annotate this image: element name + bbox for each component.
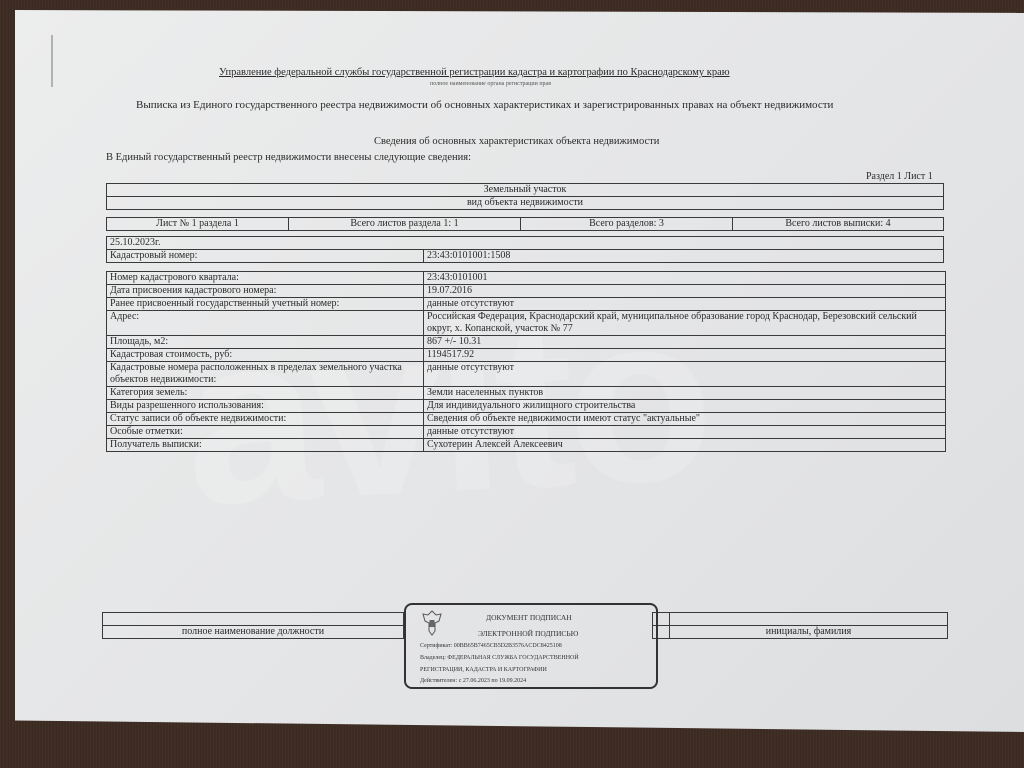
properties-table: Номер кадастрового квартала:23:43:010100… [106, 271, 946, 452]
cadastral-table: 25.10.2023г. Кадастровый номер: 23:43:01… [106, 236, 944, 263]
property-row: Ранее присвоенный государственный учетны… [107, 298, 946, 311]
object-type-caption: вид объекта недвижимости [107, 197, 944, 210]
property-label: Кадастровые номера расположенных в преде… [107, 362, 424, 387]
property-label: Площадь, м2: [107, 336, 424, 349]
property-row: Виды разрешенного использования:Для инди… [107, 400, 946, 413]
property-value: данные отсутствуют [424, 298, 946, 311]
property-value: 867 +/- 10.31 [424, 336, 946, 349]
property-row: Получатель выписки:Сухотерин Алексей Але… [107, 439, 946, 452]
certificate-owner-1: Владелец: ФЕДЕРАЛЬНАЯ СЛУЖБА ГОСУДАРСТВЕ… [420, 655, 579, 661]
property-label: Особые отметки: [107, 426, 424, 439]
property-value: 1194517.92 [424, 349, 946, 362]
property-value: Сведения об объекте недвижимости имеют с… [424, 413, 946, 426]
property-value: данные отсутствуют [424, 362, 946, 387]
property-value: 23:43:0101001 [424, 272, 946, 285]
paper-clip-mark [51, 35, 69, 87]
electronic-signature-stamp: ДОКУМЕНТ ПОДПИСАН ЭЛЕКТРОННОЙ ПОДПИСЬЮ С… [404, 603, 658, 689]
property-row: Статус записи об объекте недвижимости:Св… [107, 413, 946, 426]
property-row: Номер кадастрового квартала:23:43:010100… [107, 272, 946, 285]
property-value: Российская Федерация, Краснодарский край… [424, 311, 946, 336]
position-field: полное наименование должности [102, 612, 404, 639]
property-value: Земли населенных пунктов [424, 387, 946, 400]
sheet-number: Лист № 1 раздела 1 [107, 218, 289, 231]
property-label: Ранее присвоенный государственный учетны… [107, 298, 424, 311]
section-intro: В Единый государственный реестр недвижим… [106, 152, 471, 163]
property-label: Статус записи об объекте недвижимости: [107, 413, 424, 426]
organization-title: Управление федеральной службы государств… [219, 67, 730, 78]
property-label: Кадастровая стоимость, руб: [107, 349, 424, 362]
organization-caption: полное наименование органа регистрации п… [430, 81, 551, 87]
property-label: Категория земель: [107, 387, 424, 400]
position-caption: полное наименование должности [103, 626, 404, 639]
section-sheet-label: Раздел 1 Лист 1 [866, 171, 933, 182]
property-value: Для индивидуального жилищного строительс… [424, 400, 946, 413]
section-count: Всего разделов: 3 [521, 218, 733, 231]
property-row: Дата присвоения кадастрового номера:19.0… [107, 285, 946, 298]
property-label: Номер кадастрового квартала: [107, 272, 424, 285]
certificate-number: Сертификат: 00BB65B7465CB5D2B3576ACDC842… [420, 643, 562, 649]
stamp-line-1: ДОКУМЕНТ ПОДПИСАН [486, 613, 572, 622]
sheet-info-table: Лист № 1 раздела 1 Всего листов раздела … [106, 217, 944, 231]
cadastral-number-value: 23:43:0101001:1508 [424, 250, 944, 263]
property-row: Категория земель:Земли населенных пункто… [107, 387, 946, 400]
property-label: Адрес: [107, 311, 424, 336]
property-row: Особые отметки:данные отсутствуют [107, 426, 946, 439]
property-value: 19.07.2016 [424, 285, 946, 298]
object-type: Земельный участок [107, 184, 944, 197]
total-sheet-count: Всего листов выписки: 4 [733, 218, 944, 231]
name-caption: инициалы, фамилия [670, 626, 948, 639]
section-title: Сведения об основных характеристиках объ… [374, 136, 659, 147]
property-label: Дата присвоения кадастрового номера: [107, 285, 424, 298]
extract-date: 25.10.2023г. [107, 237, 944, 250]
cadastral-number-label: Кадастровый номер: [107, 250, 424, 263]
section-sheet-count: Всего листов раздела 1: 1 [289, 218, 521, 231]
property-row: Кадастровая стоимость, руб:1194517.92 [107, 349, 946, 362]
certificate-owner-2: РЕГИСТРАЦИИ, КАДАСТРА И КАРТОГРАФИИ [420, 667, 547, 673]
property-value: Сухотерин Алексей Алексеевич [424, 439, 946, 452]
extract-title: Выписка из Единого государственного реес… [136, 99, 833, 111]
property-row: Адрес:Российская Федерация, Краснодарски… [107, 311, 946, 336]
property-row: Кадастровые номера расположенных в преде… [107, 362, 946, 387]
property-label: Получатель выписки: [107, 439, 424, 452]
object-type-table: Земельный участок вид объекта недвижимос… [106, 183, 944, 210]
stamp-line-2: ЭЛЕКТРОННОЙ ПОДПИСЬЮ [478, 629, 578, 638]
property-value: данные отсутствуют [424, 426, 946, 439]
property-label: Виды разрешенного использования: [107, 400, 424, 413]
certificate-validity: Действителен: с 27.06.2023 по 19.09.2024 [420, 678, 526, 684]
name-field: инициалы, фамилия [652, 612, 948, 639]
coat-of-arms-icon [420, 609, 444, 637]
property-row: Площадь, м2:867 +/- 10.31 [107, 336, 946, 349]
